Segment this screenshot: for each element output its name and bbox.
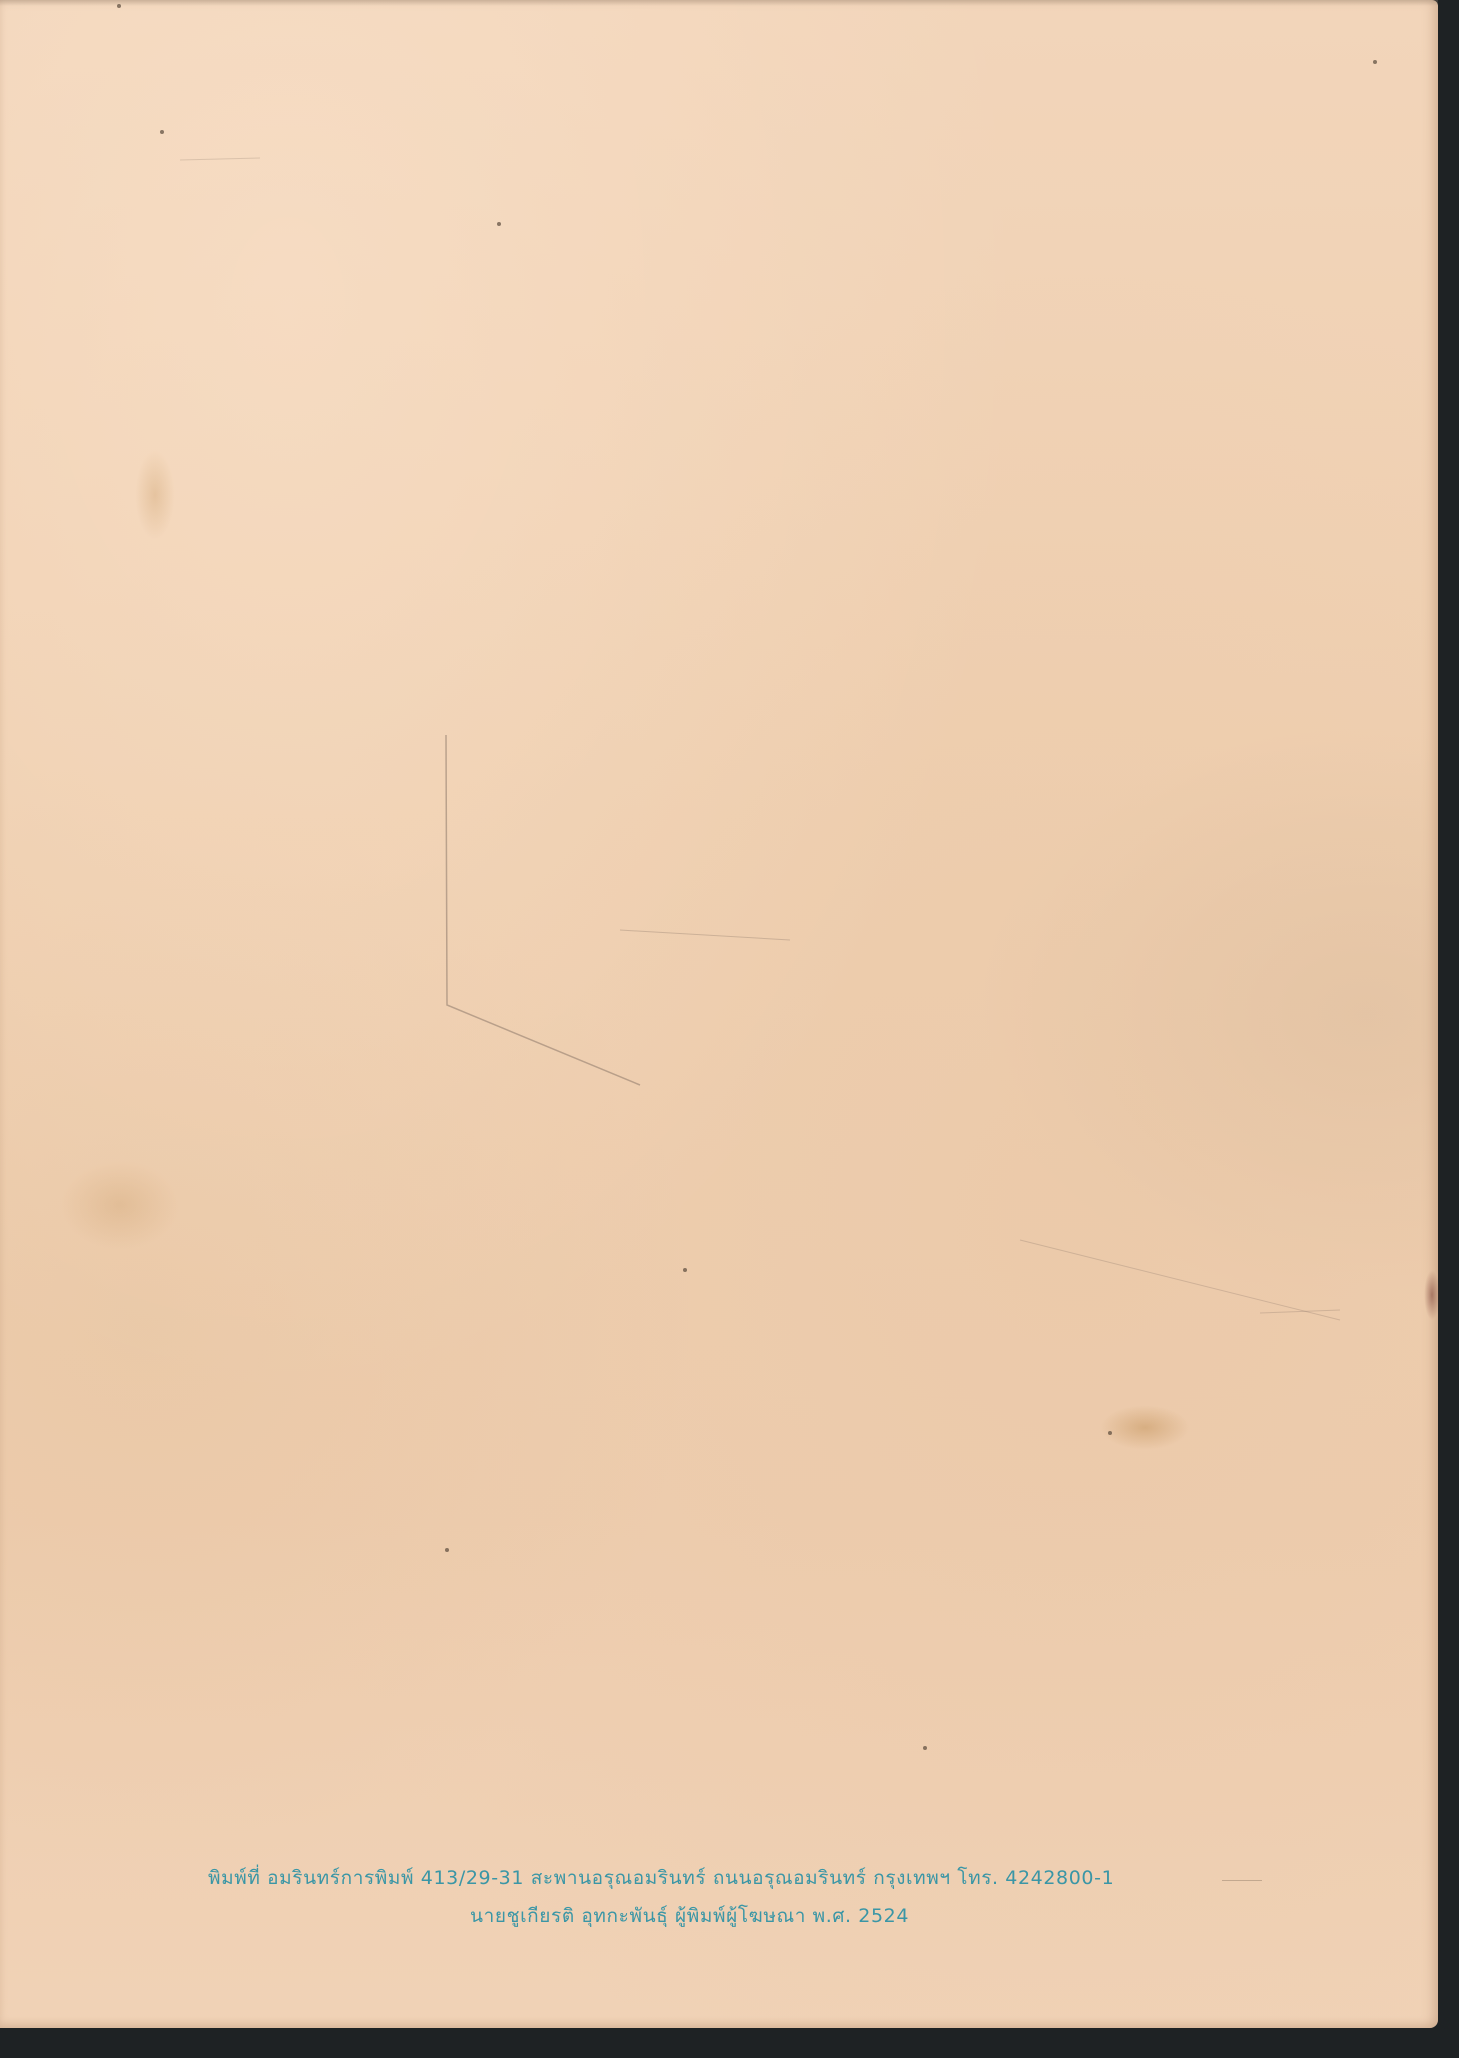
pencil-marks xyxy=(0,0,1438,2028)
back-cover-paper: พิมพ์ที่ อมรินทร์การพิมพ์ 413/29-31 สะพา… xyxy=(0,0,1438,2028)
publisher-imprint-line: นายชูเกียรติ อุทกะพันธุ์ ผู้พิมพ์ผู้โฆษณ… xyxy=(470,1901,909,1931)
imprint-rule xyxy=(1222,1880,1262,1881)
edge-damage xyxy=(1424,1270,1440,1320)
printer-imprint-line: พิมพ์ที่ อมรินทร์การพิมพ์ 413/29-31 สะพา… xyxy=(208,1863,1114,1893)
